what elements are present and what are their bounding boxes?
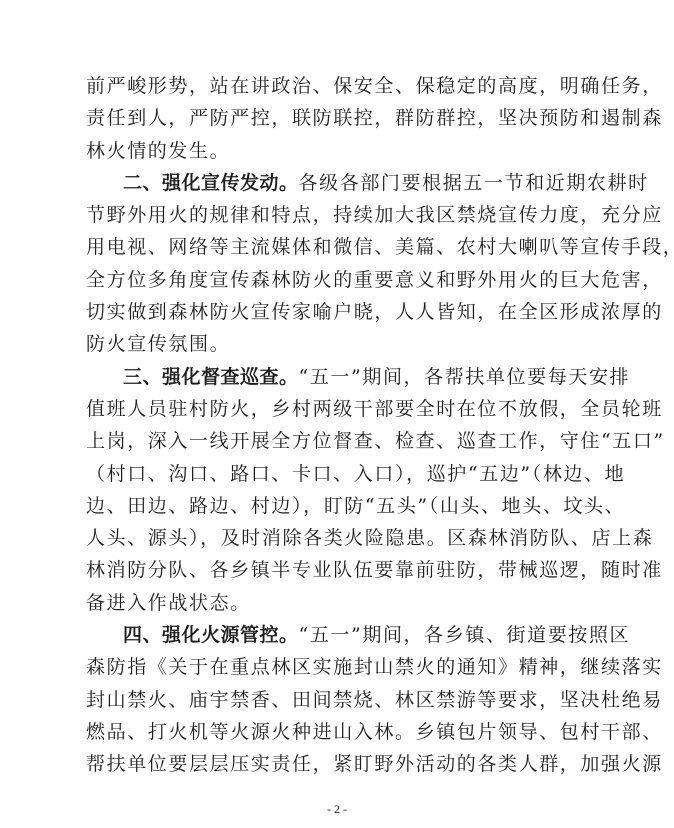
text-line: 备进入作战状态。 <box>86 587 584 619</box>
text-line: 边、田边、路边、村边），盯防“五头”（山头、地头、坟头、 <box>86 490 584 522</box>
text-line: 森防指《关于在重点林区实施封山禁火的通知》精神，继续落实 <box>86 651 584 683</box>
text-segment: “五一”期间，各帮扶单位要每天安排 <box>299 366 631 388</box>
section-heading: 二、强化宣传发动。 <box>123 172 299 194</box>
text-line: 用电视、网络等主流媒体和微信、美篇、农村大喇叭等宣传手段， <box>86 231 584 263</box>
paragraph-continuation: 前严峻形势，站在讲政治、保安全、保稳定的高度，明确任务， 责任到人，严防严控，联… <box>86 70 586 167</box>
text-line: 上岗，深入一线开展全方位督查、检查、巡查工作，守住“五口” <box>86 425 584 457</box>
paragraph-first-line: 三、强化督查巡查。“五一”期间，各帮扶单位要每天安排 <box>86 361 584 393</box>
page-number: - 2 - <box>0 802 674 817</box>
paragraph-fire-source-control: 四、强化火源管控。“五一”期间，各乡镇、街道要按照区 森防指《关于在重点林区实施… <box>86 619 586 780</box>
text-line: （村口、沟口、路口、卡口、入口），巡护“五边”（林边、地 <box>86 458 584 490</box>
text-line: 封山禁火、庙宇禁香、田间禁烧、林区禁游等要求，坚决杜绝易 <box>86 684 584 716</box>
section-heading: 三、强化督查巡查。 <box>123 366 299 388</box>
text-line: 防火宣传氛围。 <box>86 328 584 360</box>
paragraph-first-line: 四、强化火源管控。“五一”期间，各乡镇、街道要按照区 <box>86 619 584 651</box>
paragraph-publicity: 二、强化宣传发动。各级各部门要根据五一节和近期农耕时 节野外用火的规律和特点，持… <box>86 167 586 361</box>
paragraph-first-line: 二、强化宣传发动。各级各部门要根据五一节和近期农耕时 <box>86 167 584 199</box>
text-line: 切实做到森林防火宣传家喻户晓，人人皆知，在全区形成浓厚的 <box>86 296 584 328</box>
text-segment: “五一”期间，各乡镇、街道要按照区 <box>299 624 631 646</box>
text-segment: 各级各部门要根据五一节和近期农耕时 <box>299 172 649 194</box>
text-line: 帮扶单位要层层压实责任，紧盯野外活动的各类人群，加强火源 <box>86 748 584 780</box>
text-line: 人头、源头），及时消除各类火险隐患。区森林消防队、店上森 <box>86 522 584 554</box>
text-line: 林消防分队、各乡镇半专业队伍要靠前驻防，带械巡逻，随时准 <box>86 554 584 586</box>
text-line: 全方位多角度宣传森林防火的重要意义和野外用火的巨大危害， <box>86 264 584 296</box>
document-page: 前严峻形势，站在讲政治、保安全、保稳定的高度，明确任务， 责任到人，严防严控，联… <box>0 0 674 828</box>
section-heading: 四、强化火源管控。 <box>123 624 299 646</box>
text-line: 燃品、打火机等火源火种进山入林。乡镇包片领导、包村干部、 <box>86 716 584 748</box>
paragraph-inspection: 三、强化督查巡查。“五一”期间，各帮扶单位要每天安排 值班人员驻村防火，乡村两级… <box>86 361 586 619</box>
text-line: 节野外用火的规律和特点，持续加大我区禁烧宣传力度，充分应 <box>86 199 584 231</box>
text-line: 责任到人，严防严控，联防联控，群防群控，坚决预防和遏制森 <box>86 102 584 134</box>
document-body: 前严峻形势，站在讲政治、保安全、保稳定的高度，明确任务， 责任到人，严防严控，联… <box>86 70 586 781</box>
text-line: 前严峻形势，站在讲政治、保安全、保稳定的高度，明确任务， <box>86 70 584 102</box>
text-line: 值班人员驻村防火，乡村两级干部要全时在位不放假，全员轮班 <box>86 393 584 425</box>
text-line: 林火情的发生。 <box>86 135 584 167</box>
